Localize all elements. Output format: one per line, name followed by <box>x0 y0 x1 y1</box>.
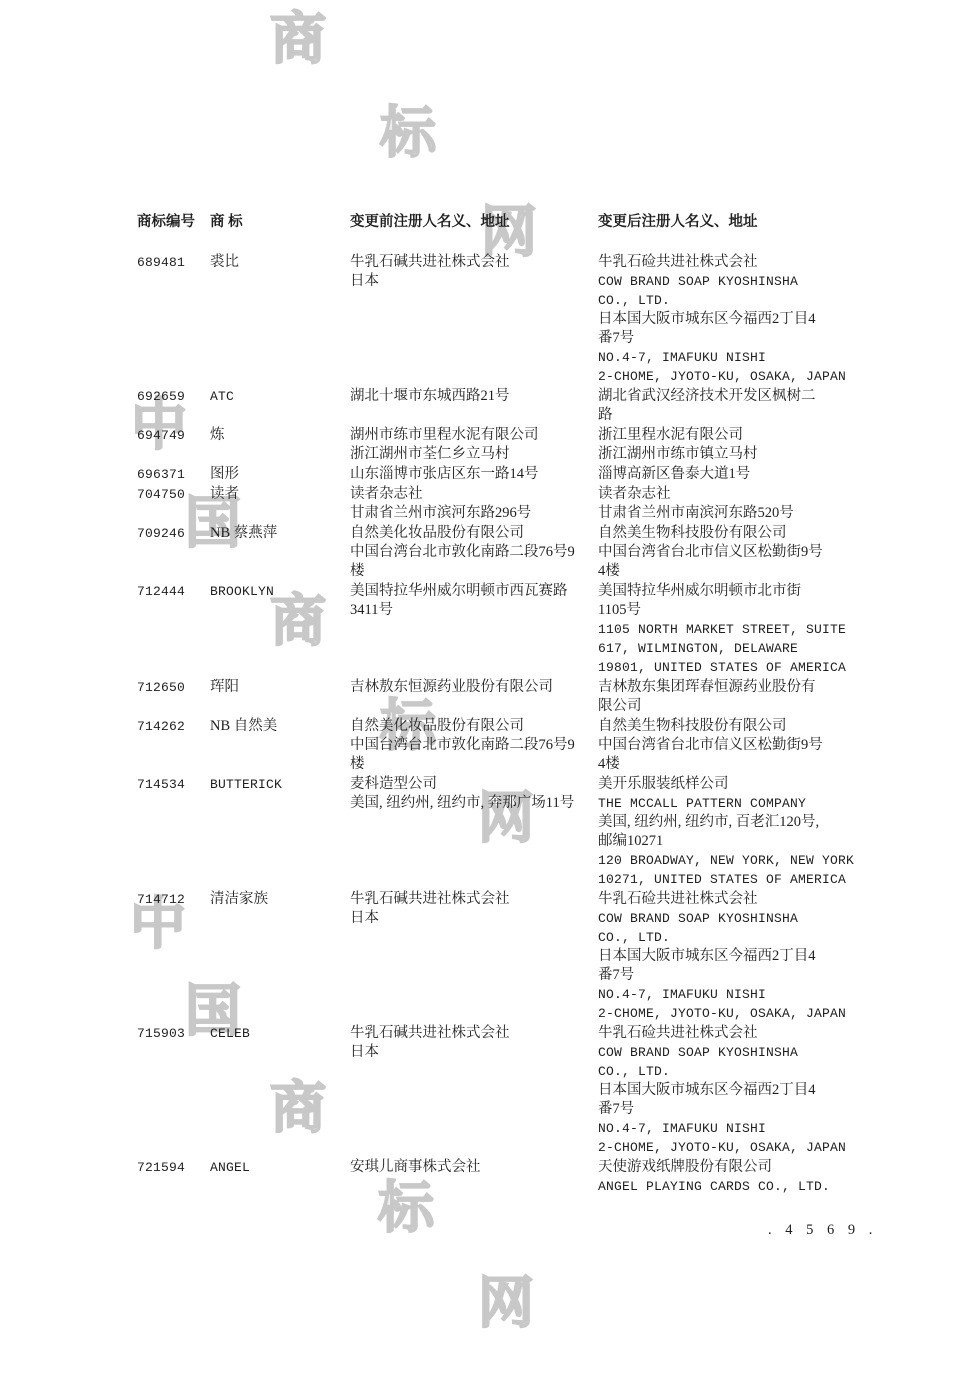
table-row: 689481裘比牛乳石碱共进社株式会社日本牛乳石硷共进社株式会社COW BRAN… <box>137 253 867 386</box>
reg-no-cell: 712444 <box>137 582 210 601</box>
text-line: 安琪儿商事株式会社 <box>350 1158 598 1177</box>
text-line: 淄博高新区鲁泰大道1号 <box>598 465 867 484</box>
before-registrant-cell: 麦科造型公司美国, 纽约州, 纽约市, 奔那广场11号 <box>350 775 598 813</box>
text-line: 美国, 纽约州, 纽约市, 奔那广场11号 <box>350 794 598 813</box>
text-line: 中国台湾台北市敦化南路二段76号9 <box>350 543 598 562</box>
text-line: 120 BROADWAY, NEW YORK, NEW YORK <box>598 851 867 870</box>
text-line: 2-CHOME, JYOTO-KU, OSAKA, JAPAN <box>598 367 867 386</box>
table-row: 696371图形山东淄博市张店区东一路14号淄博高新区鲁泰大道1号 <box>137 465 867 484</box>
text-line: 邮编10271 <box>598 832 867 851</box>
text-line: 19801, UNITED STATES OF AMERICA <box>598 658 867 677</box>
text-line: 中国台湾台北市敦化南路二段76号9 <box>350 736 598 755</box>
text-line: 日本 <box>350 909 598 928</box>
trademark-cell: 炼 <box>210 426 350 445</box>
after-registrant-cell: 浙江里程水泥有限公司浙江湖州市练市镇立马村 <box>598 426 867 464</box>
text-line: 甘肃省兰州市滨河东路296号 <box>350 504 598 523</box>
column-header-after: 变更后注册人名义、地址 <box>598 213 867 232</box>
text-line: 天使游戏纸牌股份有限公司 <box>598 1158 867 1177</box>
after-registrant-cell: 美国特拉华州威尔明顿市北市街1105号1105 NORTH MARKET STR… <box>598 582 867 677</box>
text-line: 浙江湖州市荃仁乡立马村 <box>350 445 598 464</box>
before-registrant-cell: 安琪儿商事株式会社 <box>350 1158 598 1177</box>
table-row: 715903CELEB牛乳石碱共进社株式会社日本牛乳石硷共进社株式会社COW B… <box>137 1024 867 1157</box>
table-row: 709246NB 蔡燕萍自然美化妆品股份有限公司中国台湾台北市敦化南路二段76号… <box>137 524 867 581</box>
text-line: BUTTERICK <box>210 775 350 794</box>
text-line: 美开乐服装纸样公司 <box>598 775 867 794</box>
text-line: 692659 <box>137 387 210 406</box>
text-line: 限公司 <box>598 697 867 716</box>
text-line: 日本国大阪市城东区今福西2丁目4 <box>598 310 867 329</box>
trademark-cell: 读者 <box>210 485 350 504</box>
table-row: 714712清洁家族牛乳石碱共进社株式会社日本牛乳石硷共进社株式会社COW BR… <box>137 890 867 1023</box>
text-line: 湖北十堰市东城西路21号 <box>350 387 598 406</box>
text-line: 美国特拉华州威尔明顿市西瓦赛路 <box>350 582 598 601</box>
text-line: 2-CHOME, JYOTO-KU, OSAKA, JAPAN <box>598 1004 867 1023</box>
text-line: 牛乳石硷共进社株式会社 <box>598 1024 867 1043</box>
text-line: 10271, UNITED STATES OF AMERICA <box>598 870 867 889</box>
reg-no-cell: 694749 <box>137 426 210 445</box>
after-registrant-cell: 读者杂志社甘肃省兰州市南滨河东路520号 <box>598 485 867 523</box>
text-line: NB 蔡燕萍 <box>210 524 350 543</box>
trademark-cell: BUTTERICK <box>210 775 350 794</box>
text-line: 裘比 <box>210 253 350 272</box>
text-line: 714534 <box>137 775 210 794</box>
reg-no-cell: 692659 <box>137 387 210 406</box>
text-line: 牛乳石碱共进社株式会社 <box>350 1024 598 1043</box>
column-header-before: 变更前注册人名义、地址 <box>350 213 598 232</box>
table-row: 712650珲阳吉林敖东恒源药业股份有限公司吉林敖东集团珲春恒源药业股份有限公司 <box>137 678 867 716</box>
text-line: 1105 NORTH MARKET STREET, SUITE <box>598 620 867 639</box>
text-line: 牛乳石硷共进社株式会社 <box>598 890 867 909</box>
text-line: 读者 <box>210 485 350 504</box>
text-line: 麦科造型公司 <box>350 775 598 794</box>
text-line: 番7号 <box>598 329 867 348</box>
reg-no-cell: 721594 <box>137 1158 210 1177</box>
text-line: NO.4-7, IMAFUKU NISHI <box>598 348 867 367</box>
text-line: 自然美生物科技股份有限公司 <box>598 524 867 543</box>
text-line: 路 <box>598 406 867 425</box>
text-line: 1105号 <box>598 601 867 620</box>
text-line: NO.4-7, IMAFUKU NISHI <box>598 985 867 1004</box>
text-line: 吉林敖东集团珲春恒源药业股份有 <box>598 678 867 697</box>
table-row: 714534BUTTERICK麦科造型公司美国, 纽约州, 纽约市, 奔那广场1… <box>137 775 867 889</box>
text-line: BROOKLYN <box>210 582 350 601</box>
text-line: 696371 <box>137 465 210 484</box>
text-line: 湖北省武汉经济技术开发区枫树二 <box>598 387 867 406</box>
text-line: 中国台湾省台北市信义区松勤街9号 <box>598 736 867 755</box>
after-registrant-cell: 自然美生物科技股份有限公司中国台湾省台北市信义区松勤街9号4楼 <box>598 717 867 774</box>
text-line: 日本 <box>350 272 598 291</box>
text-line: 甘肃省兰州市南滨河东路520号 <box>598 504 867 523</box>
text-line: 读者杂志社 <box>350 485 598 504</box>
text-line: 709246 <box>137 524 210 543</box>
after-registrant-cell: 自然美生物科技股份有限公司中国台湾省台北市信义区松勤街9号4楼 <box>598 524 867 581</box>
trademark-cell: ATC <box>210 387 350 406</box>
text-line: COW BRAND SOAP KYOSHINSHA <box>598 272 867 291</box>
text-line: 清洁家族 <box>210 890 350 909</box>
text-line: 日本 <box>350 1043 598 1062</box>
text-line: 712444 <box>137 582 210 601</box>
text-line: 689481 <box>137 253 210 272</box>
trademark-cell: 裘比 <box>210 253 350 272</box>
text-line: 牛乳石碱共进社株式会社 <box>350 253 598 272</box>
trademark-cell: CELEB <box>210 1024 350 1043</box>
before-registrant-cell: 牛乳石碱共进社株式会社日本 <box>350 253 598 291</box>
before-registrant-cell: 读者杂志社甘肃省兰州市滨河东路296号 <box>350 485 598 523</box>
text-line: 图形 <box>210 465 350 484</box>
text-line: 自然美化妆品股份有限公司 <box>350 524 598 543</box>
trademark-change-table: 商标编号 商 标 变更前注册人名义、地址 变更后注册人名义、地址 689481裘… <box>137 213 867 1197</box>
text-line: 694749 <box>137 426 210 445</box>
text-line: 3411号 <box>350 601 598 620</box>
text-line: 楼 <box>350 755 598 774</box>
reg-no-cell: 714712 <box>137 890 210 909</box>
reg-no-cell: 696371 <box>137 465 210 484</box>
text-line: 湖州市练市里程水泥有限公司 <box>350 426 598 445</box>
before-registrant-cell: 自然美化妆品股份有限公司中国台湾台北市敦化南路二段76号9楼 <box>350 717 598 774</box>
after-registrant-cell: 牛乳石硷共进社株式会社COW BRAND SOAP KYOSHINSHACO.,… <box>598 1024 867 1157</box>
table-body: 689481裘比牛乳石碱共进社株式会社日本牛乳石硷共进社株式会社COW BRAN… <box>137 253 867 1196</box>
text-line: CELEB <box>210 1024 350 1043</box>
text-line: 美国特拉华州威尔明顿市北市街 <box>598 582 867 601</box>
trademark-cell: ANGEL <box>210 1158 350 1177</box>
text-line: 浙江里程水泥有限公司 <box>598 426 867 445</box>
table-row: 692659ATC湖北十堰市东城西路21号湖北省武汉经济技术开发区枫树二路 <box>137 387 867 425</box>
reg-no-cell: 714534 <box>137 775 210 794</box>
before-registrant-cell: 美国特拉华州威尔明顿市西瓦赛路3411号 <box>350 582 598 620</box>
text-line: 自然美生物科技股份有限公司 <box>598 717 867 736</box>
after-registrant-cell: 天使游戏纸牌股份有限公司ANGEL PLAYING CARDS CO., LTD… <box>598 1158 867 1196</box>
text-line: 山东淄博市张店区东一路14号 <box>350 465 598 484</box>
text-line: 番7号 <box>598 1100 867 1119</box>
text-line: 日本国大阪市城东区今福西2丁目4 <box>598 1081 867 1100</box>
table-header-row: 商标编号 商 标 变更前注册人名义、地址 变更后注册人名义、地址 <box>137 213 867 232</box>
table-row: 694749炼湖州市练市里程水泥有限公司浙江湖州市荃仁乡立马村浙江里程水泥有限公… <box>137 426 867 464</box>
text-line: 自然美化妆品股份有限公司 <box>350 717 598 736</box>
text-line: 美国, 纽约州, 纽约市, 百老汇120号, <box>598 813 867 832</box>
after-registrant-cell: 牛乳石硷共进社株式会社COW BRAND SOAP KYOSHINSHACO.,… <box>598 253 867 386</box>
before-registrant-cell: 山东淄博市张店区东一路14号 <box>350 465 598 484</box>
after-registrant-cell: 淄博高新区鲁泰大道1号 <box>598 465 867 484</box>
text-line: 721594 <box>137 1158 210 1177</box>
column-header-trademark: 商 标 <box>210 213 350 232</box>
text-line: CO., LTD. <box>598 1062 867 1081</box>
text-line: 714712 <box>137 890 210 909</box>
text-line: 浙江湖州市练市镇立马村 <box>598 445 867 464</box>
reg-no-cell: 715903 <box>137 1024 210 1043</box>
table-row: 714262NB 自然美自然美化妆品股份有限公司中国台湾台北市敦化南路二段76号… <box>137 717 867 774</box>
reg-no-cell: 689481 <box>137 253 210 272</box>
after-registrant-cell: 湖北省武汉经济技术开发区枫树二路 <box>598 387 867 425</box>
before-registrant-cell: 吉林敖东恒源药业股份有限公司 <box>350 678 598 697</box>
text-line: 日本国大阪市城东区今福西2丁目4 <box>598 947 867 966</box>
gazette-content: 商标编号 商 标 变更前注册人名义、地址 变更后注册人名义、地址 689481裘… <box>0 0 980 1400</box>
text-line: COW BRAND SOAP KYOSHINSHA <box>598 909 867 928</box>
text-line: 2-CHOME, JYOTO-KU, OSAKA, JAPAN <box>598 1138 867 1157</box>
after-registrant-cell: 吉林敖东集团珲春恒源药业股份有限公司 <box>598 678 867 716</box>
reg-no-cell: 712650 <box>137 678 210 697</box>
text-line: 番7号 <box>598 966 867 985</box>
text-line: 中国台湾省台北市信义区松勤街9号 <box>598 543 867 562</box>
before-registrant-cell: 牛乳石碱共进社株式会社日本 <box>350 1024 598 1062</box>
before-registrant-cell: 湖北十堰市东城西路21号 <box>350 387 598 406</box>
text-line: 617, WILMINGTON, DELAWARE <box>598 639 867 658</box>
trademark-cell: NB 自然美 <box>210 717 350 736</box>
text-line: ANGEL PLAYING CARDS CO., LTD. <box>598 1177 867 1196</box>
page-number: . 4 5 6 9 . <box>768 1222 877 1239</box>
column-header-reg-no: 商标编号 <box>137 213 210 232</box>
reg-no-cell: 714262 <box>137 717 210 736</box>
document-page: { "page": { "page_number": ". 4 5 6 9 ."… <box>0 0 980 1400</box>
before-registrant-cell: 牛乳石碱共进社株式会社日本 <box>350 890 598 928</box>
text-line: CO., LTD. <box>598 928 867 947</box>
table-row: 704750读者读者杂志社甘肃省兰州市滨河东路296号读者杂志社甘肃省兰州市南滨… <box>137 485 867 523</box>
trademark-cell: BROOKLYN <box>210 582 350 601</box>
after-registrant-cell: 美开乐服装纸样公司THE MCCALL PATTERN COMPANY美国, 纽… <box>598 775 867 889</box>
text-line: NO.4-7, IMAFUKU NISHI <box>598 1119 867 1138</box>
reg-no-cell: 709246 <box>137 524 210 543</box>
text-line: ATC <box>210 387 350 406</box>
text-line: 4楼 <box>598 755 867 774</box>
text-line: ANGEL <box>210 1158 350 1177</box>
text-line: 楼 <box>350 562 598 581</box>
text-line: 珲阳 <box>210 678 350 697</box>
table-row: 721594ANGEL安琪儿商事株式会社天使游戏纸牌股份有限公司ANGEL PL… <box>137 1158 867 1196</box>
text-line: 714262 <box>137 717 210 736</box>
text-line: 704750 <box>137 485 210 504</box>
text-line: 715903 <box>137 1024 210 1043</box>
text-line: COW BRAND SOAP KYOSHINSHA <box>598 1043 867 1062</box>
trademark-cell: 清洁家族 <box>210 890 350 909</box>
before-registrant-cell: 自然美化妆品股份有限公司中国台湾台北市敦化南路二段76号9楼 <box>350 524 598 581</box>
text-line: CO., LTD. <box>598 291 867 310</box>
text-line: 712650 <box>137 678 210 697</box>
after-registrant-cell: 牛乳石硷共进社株式会社COW BRAND SOAP KYOSHINSHACO.,… <box>598 890 867 1023</box>
trademark-cell: NB 蔡燕萍 <box>210 524 350 543</box>
text-line: 牛乳石碱共进社株式会社 <box>350 890 598 909</box>
trademark-cell: 图形 <box>210 465 350 484</box>
reg-no-cell: 704750 <box>137 485 210 504</box>
text-line: 4楼 <box>598 562 867 581</box>
text-line: THE MCCALL PATTERN COMPANY <box>598 794 867 813</box>
text-line: 炼 <box>210 426 350 445</box>
before-registrant-cell: 湖州市练市里程水泥有限公司浙江湖州市荃仁乡立马村 <box>350 426 598 464</box>
text-line: 牛乳石硷共进社株式会社 <box>598 253 867 272</box>
table-row: 712444BROOKLYN美国特拉华州威尔明顿市西瓦赛路3411号美国特拉华州… <box>137 582 867 677</box>
trademark-cell: 珲阳 <box>210 678 350 697</box>
text-line: 读者杂志社 <box>598 485 867 504</box>
text-line: NB 自然美 <box>210 717 350 736</box>
text-line: 吉林敖东恒源药业股份有限公司 <box>350 678 598 697</box>
